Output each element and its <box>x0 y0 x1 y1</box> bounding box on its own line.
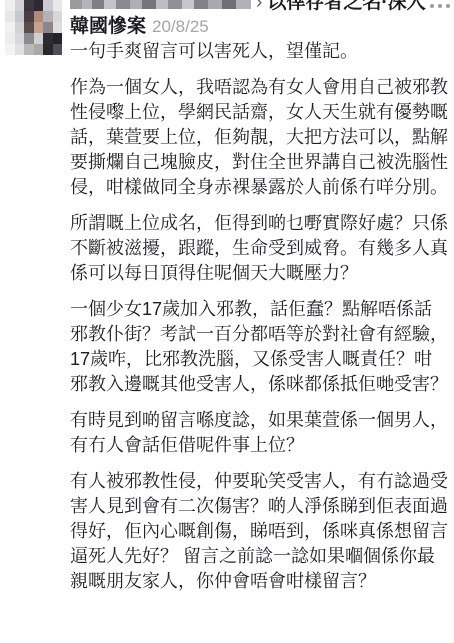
more-options-icon <box>430 4 434 8</box>
avatar-pixel <box>34 44 44 55</box>
avatar-pixel <box>5 44 15 55</box>
avatar-pixel <box>24 44 34 55</box>
post-paragraph: 一句手爽留言可以害死人，望僅記。 <box>70 39 450 64</box>
post-header: ›以倖存者之名·深入韓國慘案20/8/25 <box>70 0 428 39</box>
avatar-pixel <box>5 11 15 22</box>
more-options-icon <box>446 4 450 8</box>
post-paragraph: 作為一個女人，我唔認為有女人會用自己被邪教性侵嚟上位，學網民話齋，女人天生就有優… <box>70 75 450 200</box>
avatar-pixel <box>5 22 15 33</box>
avatar[interactable] <box>5 0 62 55</box>
avatar-pixel <box>43 0 53 11</box>
avatar-pixel <box>53 44 63 55</box>
more-options-icon <box>438 4 442 8</box>
post-content: ›以倖存者之名·深入韓國慘案20/8/25 一句手爽留言可以害死人，望僅記。 作… <box>70 0 454 594</box>
avatar-pixel <box>43 33 53 44</box>
avatar-pixel <box>53 0 63 11</box>
avatar-pixel <box>43 44 53 55</box>
avatar-pixel <box>15 33 25 44</box>
avatar-pixel <box>53 33 63 44</box>
avatar-pixel <box>53 22 63 33</box>
post-timestamp[interactable]: 20/8/25 <box>152 17 209 36</box>
avatar-pixel <box>34 11 44 22</box>
avatar-pixel <box>34 0 44 11</box>
author-name-redacted[interactable] <box>70 0 251 9</box>
more-options-button[interactable] <box>428 1 452 11</box>
avatar-pixel <box>43 22 53 33</box>
facebook-post: ›以倖存者之名·深入韓國慘案20/8/25 一句手爽留言可以害死人，望僅記。 作… <box>0 0 454 643</box>
avatar-pixel <box>5 0 15 11</box>
avatar-pixel <box>24 11 34 22</box>
avatar-pixel <box>53 11 63 22</box>
avatar-pixel <box>24 0 34 11</box>
post-paragraph: 有人被邪教性侵，仲要恥笑受害人，有冇諗過受害人見到會有二次傷害？啲人淨係睇到佢表… <box>70 469 450 594</box>
post-paragraph: 所謂嘅上位成名，佢得到啲乜嘢實際好處？只係不斷被滋擾，跟蹤，生命受到威脅。有幾多… <box>70 211 450 286</box>
avatar-pixel <box>5 33 15 44</box>
avatar-pixel <box>15 44 25 55</box>
chevron-right-icon: › <box>256 0 262 13</box>
avatar-pixel <box>34 22 44 33</box>
post-paragraph: 有時見到啲留言喺度諗，如果葉萱係一個男人，有冇人會話佢借呢件事上位？ <box>70 408 450 458</box>
post-paragraph: 一個少女17歲加入邪教，話佢蠢？點解唔係話邪教仆街？考試一百分都唔等於對社會有經… <box>70 297 450 397</box>
avatar-pixel <box>24 33 34 44</box>
avatar-pixel <box>24 22 34 33</box>
post-body: 一句手爽留言可以害死人，望僅記。 作為一個女人，我唔認為有女人會用自己被邪教性侵… <box>70 39 450 594</box>
avatar-pixel <box>43 11 53 22</box>
avatar-pixel <box>15 22 25 33</box>
avatar-pixel <box>15 11 25 22</box>
avatar-pixel <box>15 0 25 11</box>
avatar-pixel <box>34 33 44 44</box>
